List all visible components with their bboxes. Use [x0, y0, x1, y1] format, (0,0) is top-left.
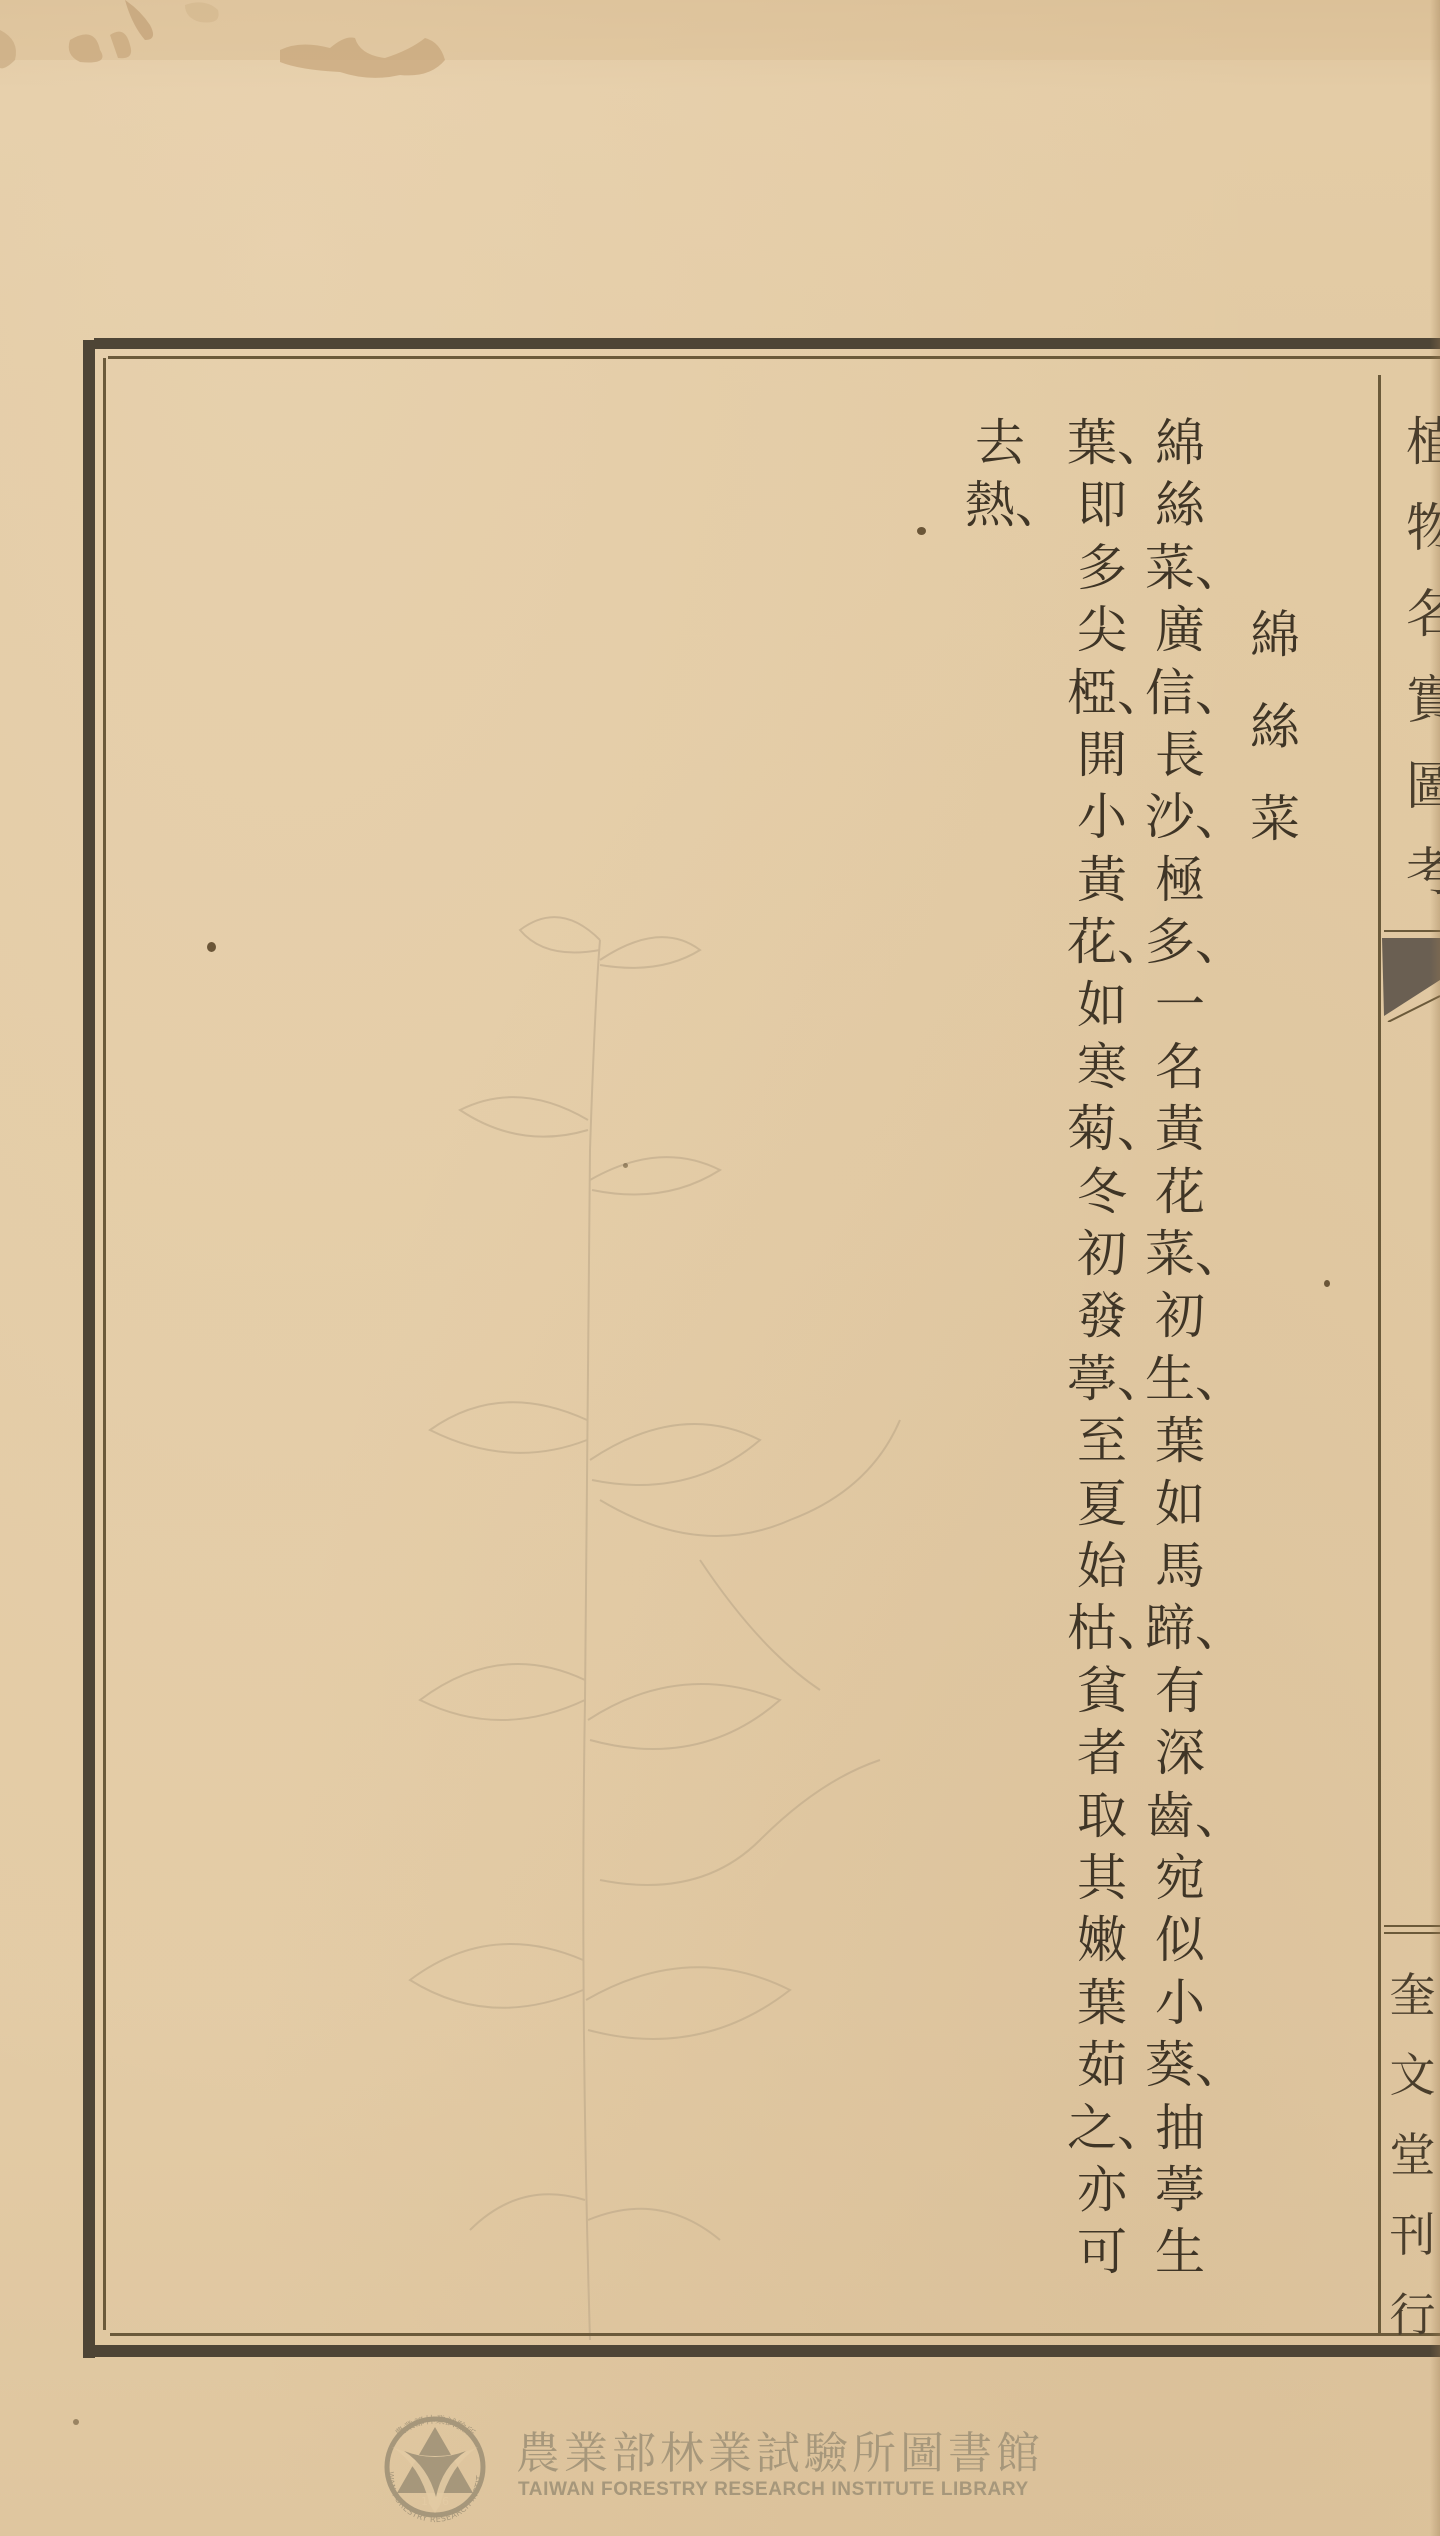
text-column-3: 去 熱、: [965, 412, 1035, 537]
ink-speck: [207, 942, 216, 952]
margin-title-char: 植: [1406, 400, 1440, 486]
text-char: 初: [1145, 1285, 1215, 1347]
ink-speck: [623, 1163, 628, 1168]
text-char: 葉: [1067, 1972, 1137, 2034]
text-char: 之、: [1067, 2097, 1137, 2159]
text-char: 齒、: [1145, 1785, 1215, 1847]
entry-heading: 綿 絲 菜: [1240, 590, 1310, 866]
text-char: 其: [1067, 1847, 1137, 1909]
text-char: 去: [965, 412, 1035, 474]
frame-left-thin: [103, 358, 106, 2330]
publisher-char: 奎: [1385, 1955, 1440, 2035]
text-char: 茹: [1067, 2034, 1137, 2096]
margin-title-char: 圖: [1406, 744, 1440, 830]
text-char: 生: [1145, 2221, 1215, 2283]
text-char: 葶、: [1067, 1348, 1137, 1410]
frame-bottom-thick: [85, 2345, 1440, 2357]
text-char: 葉、: [1067, 412, 1137, 474]
fold-margin-book-title: 植 物 名 實 圖 考: [1406, 400, 1440, 920]
text-char: 嫩: [1067, 1909, 1137, 1971]
margin-title-char: 名: [1406, 572, 1440, 658]
margin-title-char: 考: [1406, 830, 1440, 916]
text-char: 寒: [1067, 1036, 1137, 1098]
text-char: 名: [1145, 1036, 1215, 1098]
text-char: 極: [1145, 849, 1215, 911]
text-char: 菊、: [1067, 1098, 1137, 1160]
text-char: 可: [1067, 2221, 1137, 2283]
text-char: 夏: [1067, 1473, 1137, 1535]
svg-text:1896: 1896: [421, 2495, 449, 2508]
text-column-2: 葉、 即 多 尖 椏、 開 小 黃 花、 如 寒 菊、 冬 初 發 葶、 至 夏…: [1067, 412, 1137, 2284]
text-char: 發: [1067, 1285, 1137, 1347]
library-seal-icon: 1896 TAIWAN FORESTRY RESEARCH INSTITUTE …: [370, 2405, 500, 2535]
frame-top-thin: [108, 356, 1440, 359]
text-char: 熱、: [965, 474, 1035, 536]
ink-speck: [917, 527, 926, 535]
text-char: 取: [1067, 1785, 1137, 1847]
text-char: 葶: [1145, 2159, 1215, 2221]
text-char: 小: [1145, 1972, 1215, 2034]
text-char: 貧: [1067, 1660, 1137, 1722]
heading-char: 綿: [1240, 590, 1310, 682]
text-char: 似: [1145, 1909, 1215, 1971]
text-char: 花、: [1067, 911, 1137, 973]
text-char: 葵、: [1145, 2034, 1215, 2096]
text-char: 如: [1145, 1473, 1215, 1535]
text-char: 黃: [1067, 849, 1137, 911]
text-char: 菜、: [1145, 537, 1215, 599]
text-char: 冬: [1067, 1161, 1137, 1223]
publisher-imprint: 奎 文 堂 刊 行: [1385, 1955, 1440, 2355]
text-char: 葉: [1145, 1410, 1215, 1472]
text-char: 菜、: [1145, 1223, 1215, 1285]
publisher-char: 行: [1385, 2275, 1440, 2355]
text-char: 有: [1145, 1660, 1215, 1722]
text-char: 始: [1067, 1535, 1137, 1597]
text-char: 絲: [1145, 474, 1215, 536]
text-char: 至: [1067, 1410, 1137, 1472]
publisher-char: 堂: [1385, 2115, 1440, 2195]
library-watermark: 1896 TAIWAN FORESTRY RESEARCH INSTITUTE …: [370, 2405, 1070, 2525]
margin-title-char: 實: [1406, 658, 1440, 744]
text-char: 開: [1067, 724, 1137, 786]
heading-char: 菜: [1240, 774, 1310, 866]
library-name-chinese: 農業部林業試驗所圖書館: [516, 2417, 1044, 2481]
frame-left-thick: [83, 340, 95, 2358]
text-char: 一: [1145, 974, 1215, 1036]
frame-bottom-thin: [110, 2333, 1440, 2336]
text-char: 亦: [1067, 2159, 1137, 2221]
text-char: 者: [1067, 1722, 1137, 1784]
text-char: 廣: [1145, 599, 1215, 661]
text-char: 尖: [1067, 599, 1137, 661]
publisher-char: 刊: [1385, 2195, 1440, 2275]
text-char: 枯、: [1067, 1597, 1137, 1659]
frame-top-thick: [94, 338, 1440, 349]
margin-title-char: 物: [1406, 486, 1440, 572]
text-char: 小: [1067, 786, 1137, 848]
text-char: 即: [1067, 474, 1137, 536]
ink-speck: [73, 2419, 79, 2425]
ink-speck: [1324, 1280, 1330, 1287]
text-char: 馬: [1145, 1535, 1215, 1597]
text-char: 多: [1067, 537, 1137, 599]
text-char: 宛: [1145, 1847, 1215, 1909]
text-char: 初: [1067, 1223, 1137, 1285]
torn-top-edge-stain: [0, 0, 1440, 95]
text-char: 長: [1145, 724, 1215, 786]
text-char: 花: [1145, 1161, 1215, 1223]
fold-divider-line: [1378, 375, 1381, 2335]
publisher-char: 文: [1385, 2035, 1440, 2115]
text-char: 如: [1067, 974, 1137, 1036]
text-char: 深: [1145, 1722, 1215, 1784]
text-char: 沙、: [1145, 786, 1215, 848]
text-char: 椏、: [1067, 662, 1137, 724]
library-name-english: TAIWAN FORESTRY RESEARCH INSTITUTE LIBRA…: [518, 2479, 1029, 2501]
heading-char: 絲: [1240, 682, 1310, 774]
